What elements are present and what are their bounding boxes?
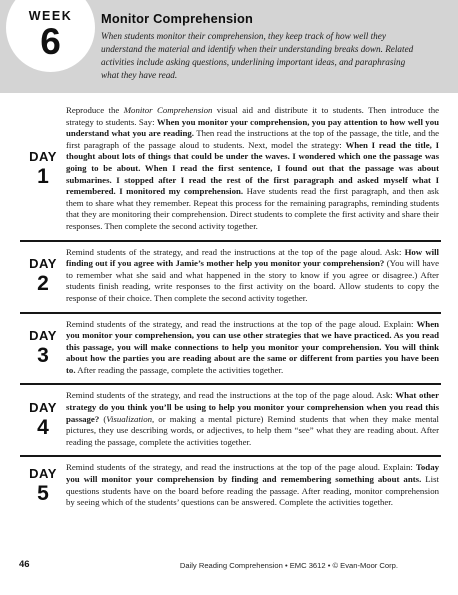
day-number: 4 [37, 417, 49, 438]
strategy-description: When students monitor their comprehensio… [101, 30, 425, 82]
header-text: Monitor Comprehension When students moni… [101, 12, 425, 82]
page-number: 46 [19, 560, 30, 570]
day-number: 3 [37, 345, 49, 366]
day-word: DAY [29, 467, 57, 480]
page-title: Monitor Comprehension [101, 12, 425, 26]
day-5-section: DAY 5 Remind students of the strategy, a… [20, 455, 441, 515]
day-2-label: DAY 2 [20, 247, 66, 305]
book-page: WEEK 6 Monitor Comprehension When studen… [0, 0, 458, 595]
day-3-section: DAY 3 Remind students of the strategy, a… [20, 312, 441, 384]
day-number: 1 [37, 166, 49, 187]
day-5-label: DAY 5 [20, 462, 66, 508]
day-word: DAY [29, 150, 57, 163]
day-3-instructions: Remind students of the strategy, and rea… [66, 319, 441, 377]
day-4-instructions: Remind students of the strategy, and rea… [66, 390, 441, 448]
week-header: WEEK 6 Monitor Comprehension When studen… [0, 0, 458, 93]
day-sections: DAY 1 Reproduce the Monitor Comprehensio… [0, 93, 458, 516]
week-badge: WEEK 6 [6, 0, 95, 72]
day-word: DAY [29, 329, 57, 342]
day-number: 5 [37, 483, 49, 504]
day-word: DAY [29, 401, 57, 414]
day-2-instructions: Remind students of the strategy, and rea… [66, 247, 441, 305]
week-number: 6 [6, 24, 95, 59]
day-4-section: DAY 4 Remind students of the strategy, a… [20, 383, 441, 455]
day-number: 2 [37, 273, 49, 294]
day-word: DAY [29, 257, 57, 270]
book-credit: Daily Reading Comprehension • EMC 3612 •… [180, 562, 398, 570]
day-5-instructions: Remind students of the strategy, and rea… [66, 462, 441, 508]
day-1-instructions: Reproduce the Monitor Comprehension visu… [66, 105, 441, 233]
day-3-label: DAY 3 [20, 319, 66, 377]
day-1-label: DAY 1 [20, 105, 66, 233]
day-4-label: DAY 4 [20, 390, 66, 448]
day-2-section: DAY 2 Remind students of the strategy, a… [20, 240, 441, 312]
day-1-section: DAY 1 Reproduce the Monitor Comprehensio… [20, 100, 441, 240]
